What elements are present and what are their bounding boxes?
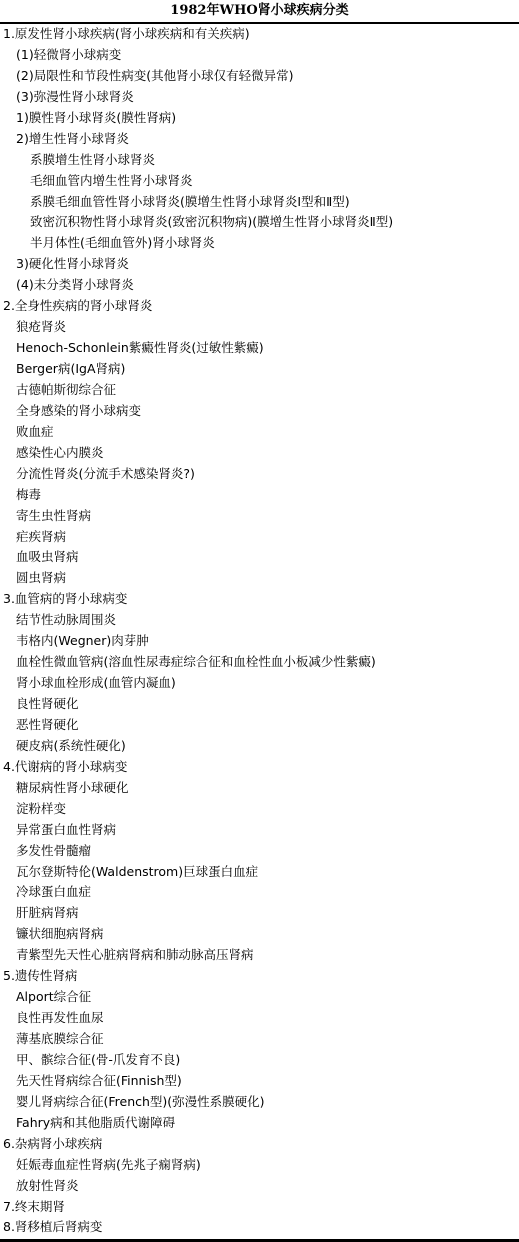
list-item: 瓦尔登斯特伦(Waldenstrom)巨球蛋白血症 bbox=[0, 862, 519, 883]
list-item: 冷球蛋白血症 bbox=[0, 882, 519, 903]
list-item: 肾小球血栓形成(血管内凝血) bbox=[0, 673, 519, 694]
list-item: 薄基底膜综合征 bbox=[0, 1029, 519, 1050]
category-heading: 1.原发性肾小球疾病(肾小球疾病和有关疾病) bbox=[0, 24, 519, 45]
list-item: 致密沉积物性肾小球肾炎(致密沉积物病)(膜增生性肾小球肾炎Ⅱ型) bbox=[0, 212, 519, 233]
list-item: 放射性肾炎 bbox=[0, 1176, 519, 1197]
classification-list: 1.原发性肾小球疾病(肾小球疾病和有关疾病)(1)轻微肾小球病变(2)局限性和节… bbox=[0, 24, 519, 1238]
list-item: 狼疮肾炎 bbox=[0, 317, 519, 338]
list-item: 异常蛋白血性肾病 bbox=[0, 820, 519, 841]
list-item: 血栓性微血管病(溶血性尿毒症综合征和血栓性血小板减少性紫癜) bbox=[0, 652, 519, 673]
list-item: 恶性肾硬化 bbox=[0, 715, 519, 736]
list-item: 古德帕斯彻综合征 bbox=[0, 380, 519, 401]
list-item: 良性肾硬化 bbox=[0, 694, 519, 715]
list-item: 淀粉样变 bbox=[0, 799, 519, 820]
list-item: 系膜增生性肾小球肾炎 bbox=[0, 150, 519, 171]
list-item: 妊娠毒血症性肾病(先兆子痫肾病) bbox=[0, 1155, 519, 1176]
list-item: 1)膜性肾小球肾炎(膜性肾病) bbox=[0, 108, 519, 129]
list-item: 青紫型先天性心脏病肾病和肺动脉高压肾病 bbox=[0, 945, 519, 966]
category-heading: 3.血管病的肾小球病变 bbox=[0, 589, 519, 610]
list-item: (3)弥漫性肾小球肾炎 bbox=[0, 87, 519, 108]
category-heading: 2.全身性疾病的肾小球肾炎 bbox=[0, 296, 519, 317]
list-item: 肝脏病肾病 bbox=[0, 903, 519, 924]
document-title: 1982年WHO肾小球疾病分类 bbox=[0, 2, 519, 20]
list-item: 疟疾肾病 bbox=[0, 527, 519, 548]
list-item: (1)轻微肾小球病变 bbox=[0, 45, 519, 66]
list-item: 全身感染的肾小球病变 bbox=[0, 401, 519, 422]
category-heading: 7.终末期肾 bbox=[0, 1197, 519, 1218]
category-heading: 6.杂病肾小球疾病 bbox=[0, 1134, 519, 1155]
list-item: 寄生虫性肾病 bbox=[0, 506, 519, 527]
list-item: 先天性肾病综合征(Finnish型) bbox=[0, 1071, 519, 1092]
list-item: (4)未分类肾小球肾炎 bbox=[0, 275, 519, 296]
list-item: 梅毒 bbox=[0, 485, 519, 506]
category-heading: 8.肾移植后肾病变 bbox=[0, 1217, 519, 1238]
list-item: 多发性骨髓瘤 bbox=[0, 841, 519, 862]
list-item: 血吸虫肾病 bbox=[0, 547, 519, 568]
list-item: 镰状细胞病肾病 bbox=[0, 924, 519, 945]
list-item: Fahry病和其他脂质代谢障碍 bbox=[0, 1113, 519, 1134]
list-item: 半月体性(毛细血管外)肾小球肾炎 bbox=[0, 233, 519, 254]
list-item: 2)增生性肾小球肾炎 bbox=[0, 129, 519, 150]
list-item: 圆虫肾病 bbox=[0, 568, 519, 589]
list-item: Henoch-Schonlein紫癜性肾炎(过敏性紫癜) bbox=[0, 338, 519, 359]
list-item: 良性再发性血尿 bbox=[0, 1008, 519, 1029]
list-item: 3)硬化性肾小球肾炎 bbox=[0, 254, 519, 275]
list-item: 硬皮病(系统性硬化) bbox=[0, 736, 519, 757]
list-item: 系膜毛细血管性肾小球肾炎(膜增生性肾小球肾炎Ⅰ型和Ⅱ型) bbox=[0, 192, 519, 213]
category-heading: 4.代谢病的肾小球病变 bbox=[0, 757, 519, 778]
list-item: 毛细血管内增生性肾小球肾炎 bbox=[0, 171, 519, 192]
list-item: 分流性肾炎(分流手术感染肾炎?) bbox=[0, 464, 519, 485]
list-item: (2)局限性和节段性病变(其他肾小球仅有轻微异常) bbox=[0, 66, 519, 87]
list-item: Alport综合征 bbox=[0, 987, 519, 1008]
list-item: 韦格内(Wegner)肉芽肿 bbox=[0, 631, 519, 652]
list-item: 感染性心内膜炎 bbox=[0, 443, 519, 464]
list-item: 败血症 bbox=[0, 422, 519, 443]
list-item: Berger病(IgA肾病) bbox=[0, 359, 519, 380]
list-item: 结节性动脉周围炎 bbox=[0, 610, 519, 631]
category-heading: 5.遗传性肾病 bbox=[0, 966, 519, 987]
list-item: 婴儿肾病综合征(French型)(弥漫性系膜硬化) bbox=[0, 1092, 519, 1113]
list-item: 糖尿病性肾小球硬化 bbox=[0, 778, 519, 799]
list-item: 甲、髌综合征(骨-爪发育不良) bbox=[0, 1050, 519, 1071]
